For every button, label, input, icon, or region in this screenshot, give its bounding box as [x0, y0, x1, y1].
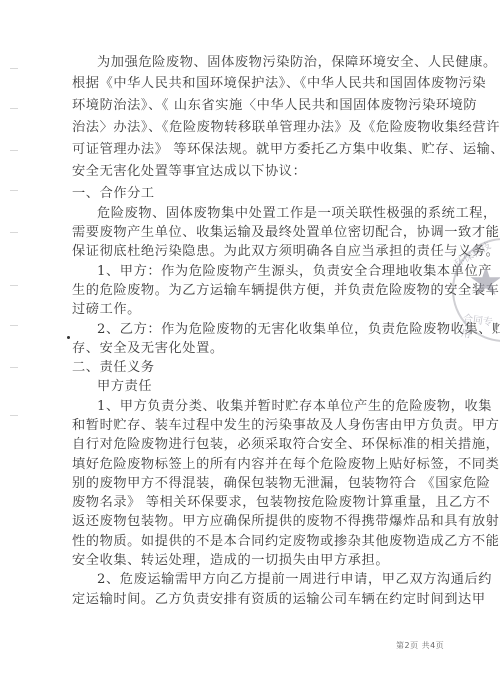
document-page: 为加强危险废物、固体废物污染防治，保障环境安全、人民健康。 根据《中华人民共和国…	[0, 0, 500, 686]
paragraph-line: 返还废物包装物。甲方应确保所提供的废物不得携带爆炸品和具有放射	[72, 514, 452, 530]
paragraph-line: 废物名录》 等相关环保要求，包装物按危险废物计算重量，且乙方不	[72, 495, 452, 511]
binding-mark	[10, 285, 18, 286]
paragraph-line: 1、甲方负责分类、收集并暂时贮存本单位产生的危险废物，收集	[97, 399, 477, 415]
binding-mark	[10, 232, 18, 233]
paragraph-line: 危险废物、固体废物集中处置工作是一项关联性极强的系统工程，	[97, 206, 477, 222]
paragraph-line: 性的物质。如提供的不是本合同约定废物或掺杂其他废物造成乙方不能	[72, 534, 452, 550]
section-title: 二、责任义务	[72, 360, 452, 376]
paragraph-line: 定运输时间。乙方负责安排有资质的运输公司车辆在约定时间到达甲	[72, 592, 452, 608]
binding-mark	[10, 415, 18, 416]
paragraph-line: 安全收集、转运处理，造成的一切损失由甲方承担。	[72, 553, 452, 569]
paragraph-line: 需要废物产生单位、收集运输及最终处置单位密切配合，协调一致才能	[72, 225, 452, 241]
paragraph-line: 填好危险废物标签上的所有内容并在每个危险废物上贴好标签，不同类	[72, 457, 452, 473]
paragraph-line: 自行对危险废物进行包装，必须采取符合安全、环保标准的相关措施，	[72, 437, 452, 453]
binding-mark	[10, 68, 18, 69]
intro-line: 治法〉办法》、《危险废物转移联单管理办法》及《危险废物收集经营许	[72, 120, 452, 136]
paragraph-line: 保证彻底杜绝污染隐患。为此双方须明确各自应当承担的责任与义务。	[72, 244, 452, 260]
binding-mark	[10, 150, 18, 151]
intro-line: 安全无害化处置等事宜达成以下协议：	[72, 164, 452, 180]
intro-line: 根据《中华人民共和国环境保护法》、《中华人民共和国固体废物污染	[72, 76, 452, 92]
paragraph-line: 过磅工作。	[72, 302, 452, 318]
intro-line: 环境防治法》、《 山东省实施〈中华人民共和国固体废物污染环境防	[72, 98, 452, 114]
seal-text-bottom: 合同专用	[460, 310, 500, 345]
paragraph-line: 别的废物甲方不得混装，确保包装物无泄漏，包装物符合 《国家危险	[72, 476, 452, 492]
binding-mark	[10, 325, 18, 326]
intro-line: 为加强危险废物、固体废物污染防治，保障环境安全、人民健康。	[97, 55, 477, 71]
star-icon: ★	[468, 262, 500, 302]
paragraph-line: 1、甲方：作为危险废物产生源头，负责安全合理地收集本单位产	[97, 264, 477, 280]
section-title: 一、合作分工	[72, 186, 452, 202]
subsection-title: 甲方责任	[97, 379, 477, 395]
paragraph-line: 和暂时贮存、装车过程中发生的污染事故及人身伤害由甲方负责。甲方	[72, 418, 452, 434]
paragraph-line: 2、危废运输需甲方向乙方提前一周进行申请，甲乙双方沟通后约	[97, 572, 477, 588]
paragraph-line: 存、安全及无害化处置。	[72, 341, 452, 357]
ink-dot	[67, 336, 70, 339]
binding-mark	[10, 367, 18, 368]
intro-line: 可证管理办法》 等环保法规。就甲方委托乙方集中收集、贮存、运输、	[72, 142, 452, 158]
binding-mark	[10, 108, 18, 109]
page-number: 第2页 共4页	[396, 640, 444, 651]
paragraph-line: 生的危险废物。为乙方运输车辆提供方便，并负责危险废物的安全装车，	[72, 283, 452, 299]
binding-mark	[10, 190, 18, 191]
paragraph-line: 2、乙方：作为危险废物的无害化收集单位，负责危险废物收集、贮	[97, 322, 477, 338]
